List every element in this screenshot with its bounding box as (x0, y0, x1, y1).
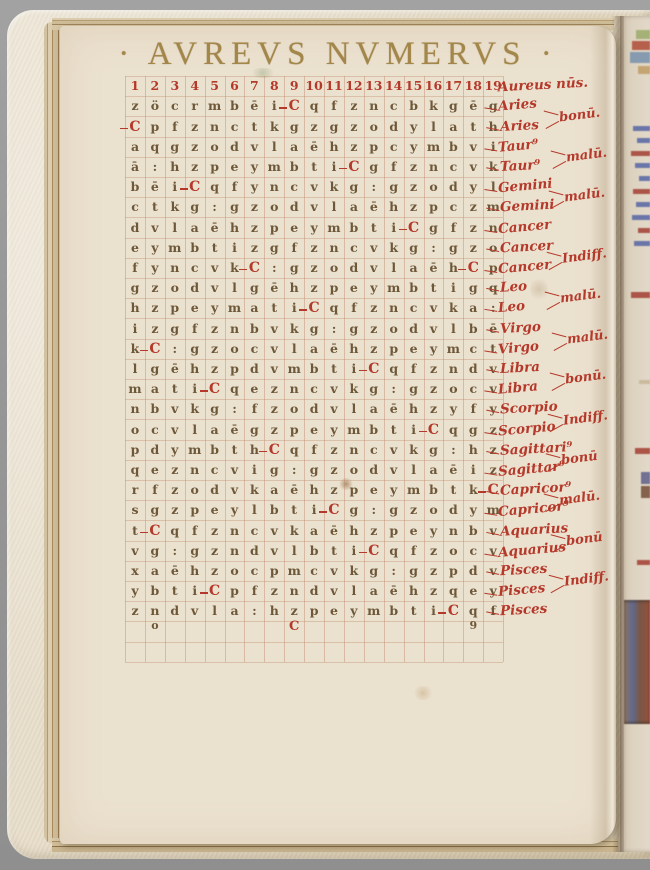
table-cell: p (264, 218, 284, 238)
table-cell: p (145, 117, 165, 137)
table-cell: k (344, 379, 364, 399)
table-cell: a (185, 218, 205, 238)
table-cell: l (344, 399, 364, 419)
table-cell: v (125, 541, 145, 561)
table-cell: : (364, 177, 384, 197)
table-cell: y (424, 521, 444, 541)
table-cell: g (304, 319, 324, 339)
table-cell: l (125, 359, 145, 379)
table-cell: f (404, 359, 424, 379)
table-cell: z (404, 500, 424, 520)
table-cell: i (344, 359, 364, 379)
table-cell: c (125, 197, 145, 217)
table-cell: v (424, 298, 444, 318)
table-cell: t (244, 117, 264, 137)
table-cell: g (463, 420, 483, 440)
table-cell: g (244, 420, 264, 440)
table-cell: h (404, 399, 424, 419)
table-cell: f (404, 541, 424, 561)
table-cell: n (364, 96, 384, 116)
table-cell: r (185, 96, 205, 116)
table-cell: z (264, 420, 284, 440)
table-cell: k (463, 480, 483, 500)
table-cell: y (145, 238, 165, 258)
table-cell: p (264, 561, 284, 581)
table-cell: y (364, 278, 384, 298)
table-cell: o (384, 319, 404, 339)
zodiac-label: Scorpio (497, 418, 556, 439)
table-cell: k (404, 440, 424, 460)
zodiac-label: Cancer (497, 216, 551, 237)
table-cell: v (205, 278, 225, 298)
table-cell: o (264, 197, 284, 217)
aureus-numerus-header-label: Aureus nūs. (498, 75, 589, 96)
table-cell: p (185, 500, 205, 520)
table-cell: y (145, 258, 165, 278)
table-cell: d (463, 359, 483, 379)
table-cell: v (244, 137, 264, 157)
table-cell: ē (284, 480, 304, 500)
table-cell: C (205, 379, 225, 399)
table-cell: n (324, 238, 344, 258)
table-cell: k (244, 480, 264, 500)
table-cell: z (424, 399, 444, 419)
table-cell: t (264, 298, 284, 318)
zodiac-label: Libra (500, 359, 541, 377)
facing-page-fragment (636, 202, 650, 207)
table-cell: p (225, 581, 245, 601)
facing-page-fragment (631, 151, 650, 156)
table-cell: t (324, 359, 344, 379)
table-cell: f (304, 440, 324, 460)
table-cell: a (463, 298, 483, 318)
table-cell: b (284, 157, 304, 177)
table-cell: v (205, 258, 225, 278)
table-cell: b (364, 420, 384, 440)
table-cell: y (324, 420, 344, 440)
table-cell: d (284, 197, 304, 217)
table-cell: : (145, 157, 165, 177)
zodiac-label: Cancer (497, 257, 551, 278)
table-cell: a (304, 339, 324, 359)
facing-page-fragment (639, 176, 650, 181)
golden-number-header: 16 (424, 78, 444, 93)
table-cell: g (364, 561, 384, 581)
table-cell: l (205, 601, 225, 621)
table-cell: m (225, 298, 245, 318)
table-cell: ē (443, 460, 463, 480)
zodiac-label: Libra (497, 378, 538, 397)
table-cell: f (244, 399, 264, 419)
table-cell: e (344, 278, 364, 298)
ruling-horizontal (125, 621, 503, 622)
table-cell: h (165, 157, 185, 177)
table-cell: g (145, 500, 165, 520)
table-cell: l (185, 420, 205, 440)
table-cell: C (264, 440, 284, 460)
table-cell: b (404, 278, 424, 298)
table-cell: i (463, 460, 483, 480)
table-cell: q (145, 137, 165, 157)
table-cell: z (364, 298, 384, 318)
table-cell: n (443, 359, 463, 379)
table-cell: d (205, 480, 225, 500)
table-cell: i (384, 218, 404, 238)
table-cell: k (264, 117, 284, 137)
table-cell: C (463, 258, 483, 278)
facing-page-fragment (634, 241, 650, 246)
table-cell: b (264, 500, 284, 520)
table-cell: h (344, 339, 364, 359)
table-cell: c (384, 96, 404, 116)
table-cell: o (284, 399, 304, 419)
table-cell: b (304, 359, 324, 379)
table-cell: q (304, 96, 324, 116)
facing-page-fragment (633, 189, 650, 194)
table-cell: d (304, 399, 324, 419)
table-cell: e (244, 379, 264, 399)
table-cell: p (364, 137, 384, 157)
table-cell: c (443, 157, 463, 177)
table-cell: n (225, 541, 245, 561)
table-cell: k (125, 339, 145, 359)
table-cell: g (264, 460, 284, 480)
table-cell: v (384, 460, 404, 480)
table-cell: v (364, 238, 384, 258)
table-cell: a (304, 521, 324, 541)
table-cell: C (443, 601, 463, 621)
table-cell: v (463, 157, 483, 177)
facing-page-fragment (632, 41, 650, 50)
table-cell: h (185, 359, 205, 379)
table-cell: v (165, 420, 185, 440)
table-cell: n (424, 157, 444, 177)
zodiac-label: Sagittar⁹ (497, 458, 565, 480)
table-cell: p (225, 359, 245, 379)
table-cell: e (145, 460, 165, 480)
table-cell: m (364, 601, 384, 621)
zodiac-label: Taur⁹ (500, 157, 541, 175)
facing-page-fragment (633, 126, 650, 131)
table-cell: c (463, 339, 483, 359)
table-cell: z (125, 96, 145, 116)
table-cell: q (165, 521, 185, 541)
table-cell: ē (304, 137, 324, 157)
table-cell: f (244, 581, 264, 601)
table-cell: z (165, 460, 185, 480)
table-cell: m (185, 440, 205, 460)
golden-number-header: 9 (284, 78, 304, 93)
table-cell: e (404, 521, 424, 541)
table-cell: i (344, 541, 364, 561)
facing-page-fragment (631, 292, 650, 298)
table-cell: p (424, 197, 444, 217)
table-cell: p (344, 480, 364, 500)
table-cell: z (344, 137, 364, 157)
table-cell: h (384, 197, 404, 217)
table-cell: n (185, 460, 205, 480)
table-cell: n (443, 521, 463, 541)
below-table-glyph: o (145, 619, 165, 632)
table-cell: o (424, 177, 444, 197)
table-cell: b (443, 137, 463, 157)
facing-page-fragment (637, 138, 650, 143)
table-cell: c (165, 96, 185, 116)
table-cell: C (185, 177, 205, 197)
table-cell: m (424, 137, 444, 157)
table-cell: t (424, 278, 444, 298)
golden-number-header: 3 (165, 78, 185, 93)
table-cell: g (443, 238, 463, 258)
golden-number-header: 4 (185, 78, 205, 93)
facing-page-fragment (635, 163, 650, 168)
table-cell: z (404, 177, 424, 197)
table-cell: ē (384, 581, 404, 601)
table-cell: l (284, 339, 304, 359)
golden-number-header: 1 (125, 78, 145, 93)
table-cell: o (165, 278, 185, 298)
table-cell: i (244, 460, 264, 480)
table-cell: b (185, 238, 205, 258)
table-cell: i (185, 581, 205, 601)
zodiac-label: Gemini (497, 176, 553, 197)
table-cell: h (264, 601, 284, 621)
table-cell: h (324, 137, 344, 157)
table-cell: v (463, 137, 483, 157)
table-cell: g (344, 319, 364, 339)
table-cell: l (384, 258, 404, 278)
table-cell: h (244, 440, 264, 460)
facing-page-fragment (635, 448, 650, 454)
table-cell: d (404, 319, 424, 339)
table-cell: ē (205, 218, 225, 238)
table-cell: i (443, 278, 463, 298)
table-cell: e (225, 157, 245, 177)
table-cell: b (205, 440, 225, 460)
facing-page-fragment (638, 66, 650, 74)
table-cell: g (165, 319, 185, 339)
table-cell: c (225, 117, 245, 137)
table-cell: : (324, 319, 344, 339)
facing-page-fragment (638, 228, 650, 233)
table-cell: C (304, 298, 324, 318)
table-cell: z (324, 480, 344, 500)
table-cell: t (443, 480, 463, 500)
facing-page-fragment (637, 560, 650, 565)
table-cell: e (125, 238, 145, 258)
table-cell: f (344, 298, 364, 318)
table-cell: z (165, 480, 185, 500)
table-cell: ē (165, 561, 185, 581)
table-cell: b (463, 319, 483, 339)
table-cell: C (364, 359, 384, 379)
table-cell: b (145, 581, 165, 601)
table-cell: v (225, 480, 245, 500)
table-cell: v (264, 541, 284, 561)
table-cell: l (264, 137, 284, 157)
table-cell: c (463, 379, 483, 399)
table-cell: n (264, 177, 284, 197)
table-cell: g (404, 561, 424, 581)
table-cell: d (225, 137, 245, 157)
table-cell: v (264, 521, 284, 541)
table-cell: y (404, 137, 424, 157)
table-cell: o (443, 379, 463, 399)
table-cell: g (324, 117, 344, 137)
table-cell: C (205, 581, 225, 601)
table-cell: y (344, 601, 364, 621)
table-cell: f (284, 238, 304, 258)
table-cell: l (344, 581, 364, 601)
table-cell: a (284, 137, 304, 157)
table-cell: m (443, 339, 463, 359)
table-cell: k (324, 177, 344, 197)
table-cell: g (244, 278, 264, 298)
table-cell: z (185, 117, 205, 137)
table-cell: b (304, 541, 324, 561)
table-cell: c (443, 197, 463, 217)
table-cell: i (264, 96, 284, 116)
table-cell: z (244, 197, 264, 217)
table-cell: t (384, 420, 404, 440)
table-cell: m (125, 379, 145, 399)
zodiac-label: Aries (497, 96, 537, 115)
table-cell: v (384, 440, 404, 460)
table-cell: ē (424, 258, 444, 278)
zodiac-label: Pisces (497, 580, 546, 600)
table-cell: ē (225, 420, 245, 440)
table-cell: x (125, 561, 145, 581)
table-cell: a (264, 480, 284, 500)
table-cell: f (125, 258, 145, 278)
table-cell: z (205, 521, 225, 541)
table-cell: c (145, 420, 165, 440)
table-cell: t (165, 581, 185, 601)
table-cell: C (145, 521, 165, 541)
table-cell: r (125, 480, 145, 500)
table-cell: e (463, 581, 483, 601)
facing-page-fragment (624, 600, 650, 724)
table-cell: c (284, 177, 304, 197)
table-cell: m (205, 96, 225, 116)
table-cell: g (145, 359, 165, 379)
golden-number-header: 17 (443, 78, 463, 93)
table-cell: v (304, 177, 324, 197)
golden-number-header: 14 (384, 78, 404, 93)
table-cell: e (364, 480, 384, 500)
table-cell: v (264, 339, 284, 359)
table-cell: z (304, 278, 324, 298)
table-cell: n (344, 440, 364, 460)
table-cell: q (384, 541, 404, 561)
table-cell: y (443, 399, 463, 419)
table-cell: ā (125, 157, 145, 177)
golden-number-header: 13 (364, 78, 384, 93)
table-cell: i (165, 177, 185, 197)
table-cell: g (443, 96, 463, 116)
table-cell: l (244, 500, 264, 520)
table-cell: ē (145, 177, 165, 197)
table-cell: C (364, 541, 384, 561)
table-cell: e (284, 218, 304, 238)
zodiac-label: Pisces (500, 561, 548, 579)
table-cell: p (304, 601, 324, 621)
table-cell: d (244, 541, 264, 561)
table-cell: g (284, 258, 304, 278)
table-cell: h (185, 561, 205, 581)
table-cell: C (125, 117, 145, 137)
table-cell: ö (145, 96, 165, 116)
table-cell: v (324, 561, 344, 581)
golden-number-header: 12 (344, 78, 364, 93)
table-cell: g (185, 197, 205, 217)
table-cell: z (125, 601, 145, 621)
table-cell: y (304, 218, 324, 238)
table-cell: f (463, 399, 483, 419)
table-cell: z (424, 379, 444, 399)
table-cell: n (205, 117, 225, 137)
table-cell: g (384, 177, 404, 197)
table-cell: : (364, 500, 384, 520)
table-cell: ē (463, 96, 483, 116)
table-cell: v (264, 359, 284, 379)
table-cell: a (145, 379, 165, 399)
table-cell: p (324, 278, 344, 298)
table-cell: b (463, 521, 483, 541)
table-cell: z (404, 157, 424, 177)
table-cell: h (125, 298, 145, 318)
table-cell: g (424, 440, 444, 460)
table-cell: z (364, 521, 384, 541)
table-cell: t (324, 541, 344, 561)
table-cell: z (324, 460, 344, 480)
table-cell: q (225, 379, 245, 399)
table-cell: n (225, 319, 245, 339)
table-cell: z (424, 581, 444, 601)
table-cell: k (344, 561, 364, 581)
table-cell: c (364, 440, 384, 460)
table-cell: a (364, 581, 384, 601)
table-cell: C (344, 157, 364, 177)
table-cell: c (304, 561, 324, 581)
table-cell: g (284, 117, 304, 137)
table-cell: a (225, 601, 245, 621)
table-cell: g (165, 137, 185, 157)
table-cell: k (165, 197, 185, 217)
zodiac-label: Leo (497, 298, 525, 316)
table-cell: a (145, 561, 165, 581)
page-title: · AVREVS NVMERVS · (96, 36, 580, 73)
table-cell: k (225, 258, 245, 278)
table-cell: z (344, 96, 364, 116)
zodiac-label: Virgo (497, 338, 539, 358)
table-cell: o (185, 480, 205, 500)
table-cell: v (324, 399, 344, 419)
table-cell: v (304, 197, 324, 217)
table-cell: h (225, 218, 245, 238)
table-cell: y (205, 298, 225, 318)
table-cell: a (404, 258, 424, 278)
table-cell: ē (364, 197, 384, 217)
table-cell: g (304, 460, 324, 480)
table-cell: d (165, 601, 185, 621)
facing-page-sliver (620, 16, 650, 852)
table-cell: y (463, 500, 483, 520)
table-cell: n (284, 379, 304, 399)
table-cell: i (185, 379, 205, 399)
table-cell: f (384, 157, 404, 177)
table-cell: q (443, 420, 463, 440)
